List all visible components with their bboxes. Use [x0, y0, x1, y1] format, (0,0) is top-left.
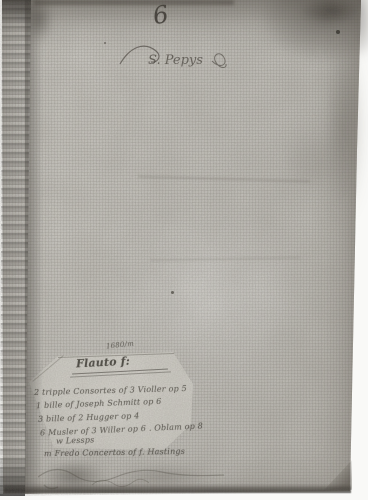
bottom-edge-shadow	[4, 484, 351, 493]
ink-speck	[104, 42, 106, 44]
ink-speck	[336, 30, 340, 34]
owner-signature: S. Pepys	[118, 35, 236, 79]
ink-speck	[171, 291, 174, 294]
spine-hinge-shadow	[25, 0, 43, 494]
scanned-book-cover: 6 S. Pepys 1680/m Flauto f: 2 tripple Co…	[0, 0, 368, 500]
signature-text: S. Pepys	[148, 53, 203, 68]
signature-end-curl	[212, 54, 226, 68]
label-entry: w Lessps	[56, 435, 95, 445]
